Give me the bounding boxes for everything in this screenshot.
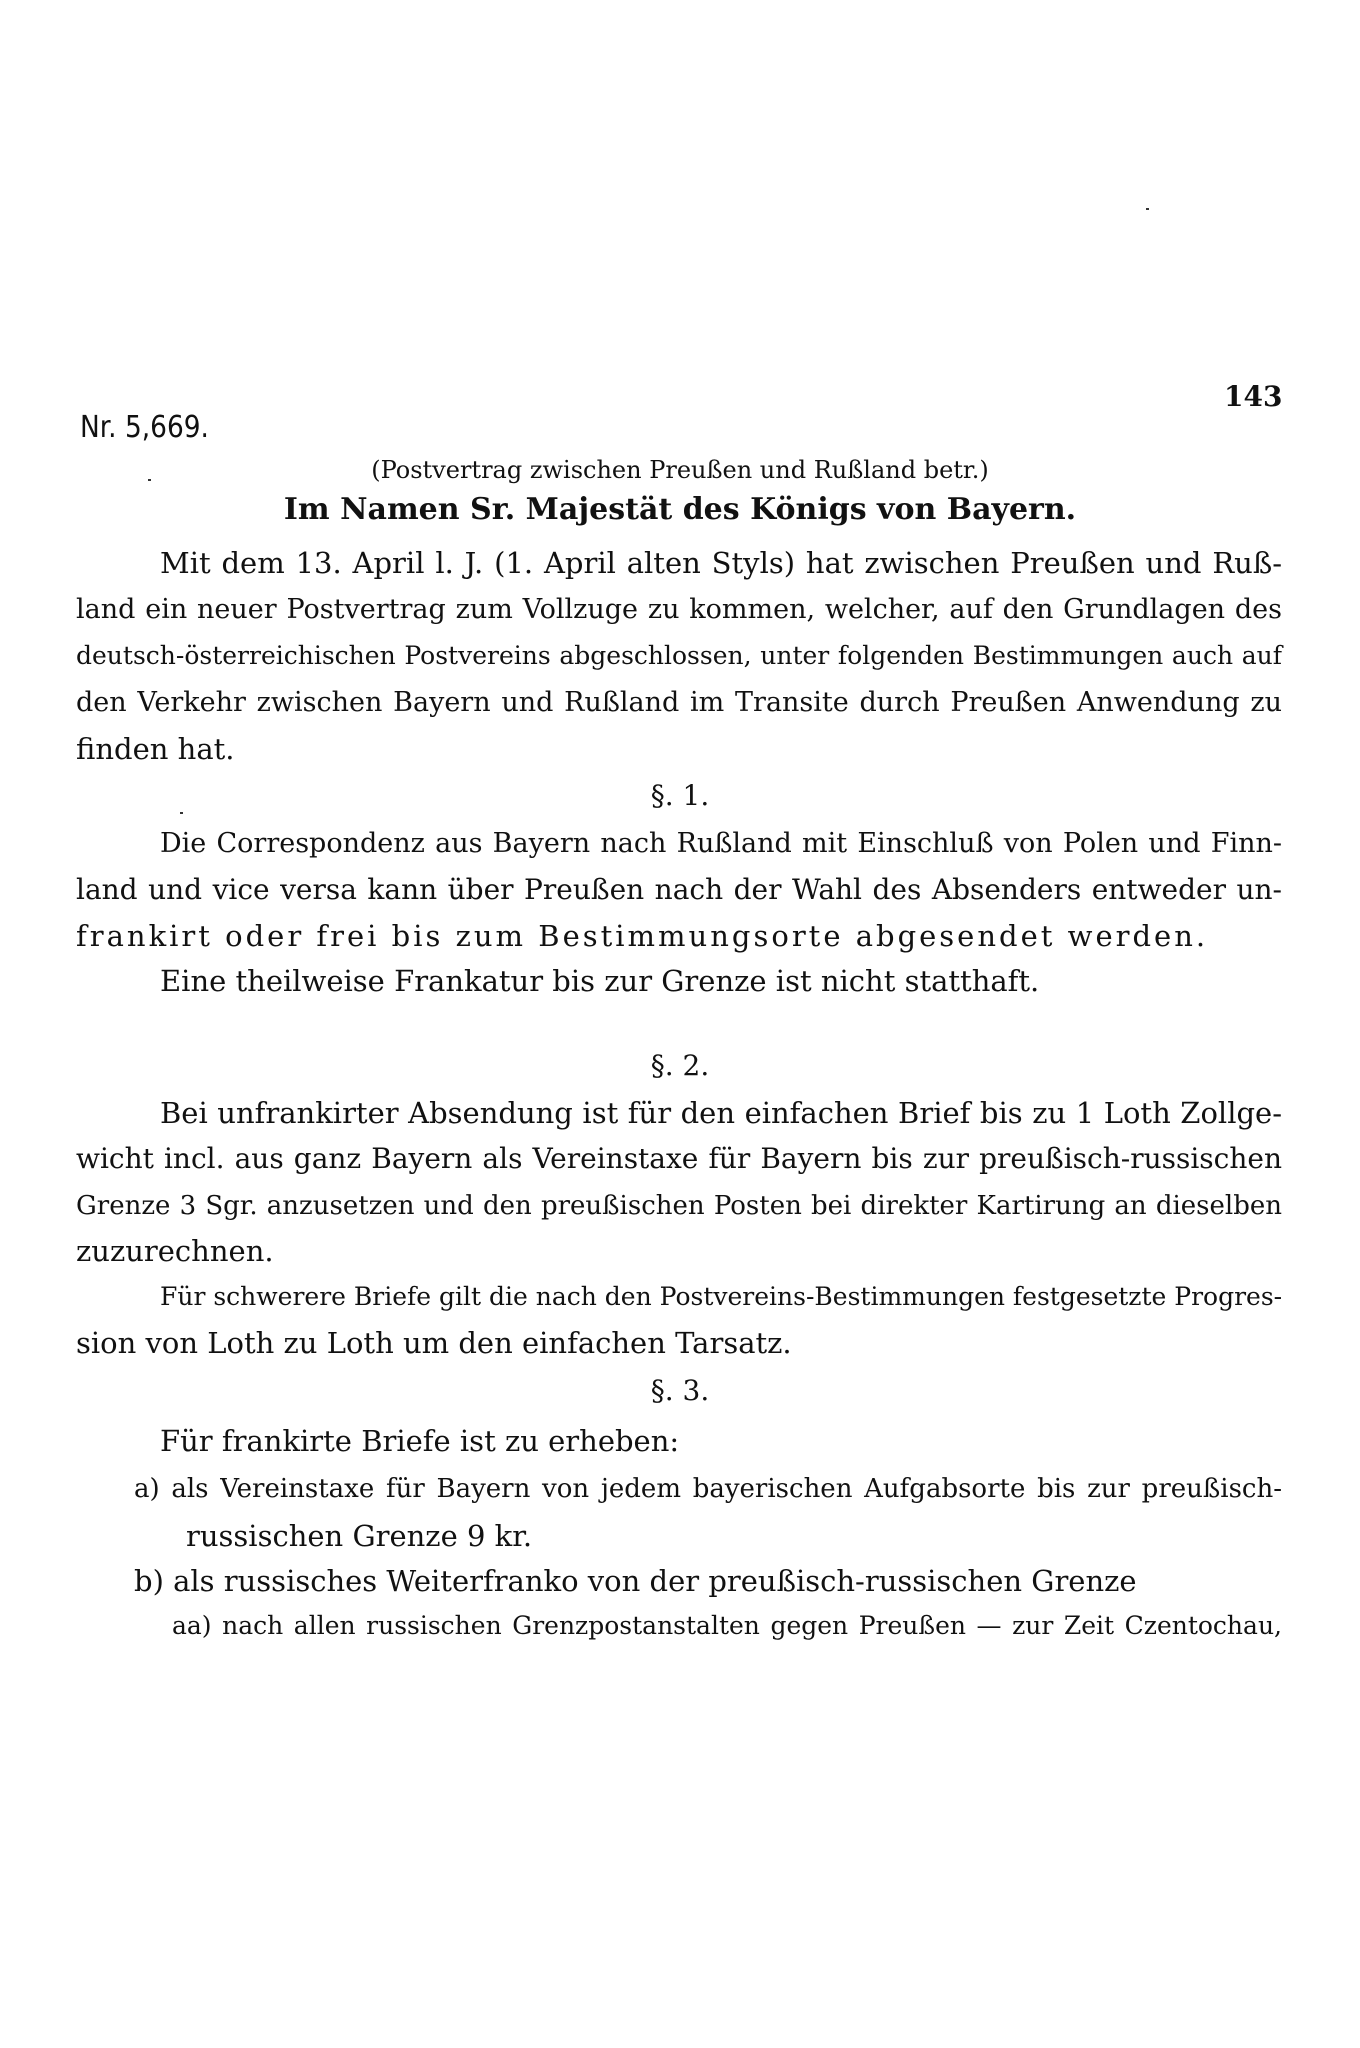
list-item-a-continuation: russischen Grenze 9 kr.: [186, 1518, 532, 1554]
document-subtitle: (Postvertrag zwischen Preußen und Rußlan…: [0, 452, 1360, 488]
text-line: land ein neuer Postvertrag zum Vollzuge …: [76, 592, 1282, 628]
list-item-aa: aa) nach allen russischen Grenzpostansta…: [172, 1608, 1282, 1644]
text-line: finden hat.: [76, 731, 234, 767]
document-number: Nr. 5,669.: [80, 410, 209, 445]
text-line: Für schwerere Briefe gilt die nach den P…: [160, 1279, 1282, 1315]
text-line: Mit dem 13. April l. J. (1. April alten …: [160, 545, 1282, 581]
text-line: frankirt oder frei bis zum Bestimmungsor…: [76, 918, 1208, 954]
text-line: deutsch-österreichischen Postvereins abg…: [76, 638, 1282, 674]
list-item-a: a) als Vereinstaxe für Bayern von jedem …: [134, 1471, 1282, 1507]
text-line: land und vice versa kann über Preußen na…: [76, 872, 1282, 908]
document-heading: Im Namen Sr. Majestät des Königs von Bay…: [0, 492, 1360, 528]
text-line: Grenze 3 Sgr. anzusetzen und den preußis…: [76, 1188, 1282, 1224]
page-number: 143: [1224, 380, 1282, 413]
scan-speck: [180, 812, 183, 814]
section-title: §. 2.: [0, 1048, 1360, 1084]
text-line: Bei unfrankirter Absendung ist für den e…: [160, 1095, 1282, 1131]
text-line: Eine theilweise Frankatur bis zur Grenze…: [160, 963, 1039, 999]
text-line: Für frankirte Briefe ist zu erheben:: [160, 1423, 679, 1459]
section-title: §. 3.: [0, 1373, 1360, 1409]
text-line: den Verkehr zwischen Bayern und Rußland …: [76, 685, 1282, 721]
scan-speck: [148, 479, 151, 481]
text-line: zuzurechnen.: [76, 1233, 274, 1269]
text-line: sion von Loth zu Loth um den einfachen T…: [76, 1325, 792, 1361]
text-line: wicht incl. aus ganz Bayern als Vereinst…: [76, 1141, 1282, 1177]
list-item-b: b) als russisches Weiterfranko von der p…: [134, 1563, 1137, 1599]
text-line: Die Correspondenz aus Bayern nach Rußlan…: [160, 826, 1282, 862]
section-title: §. 1.: [0, 778, 1360, 814]
scan-speck: [1146, 208, 1149, 210]
